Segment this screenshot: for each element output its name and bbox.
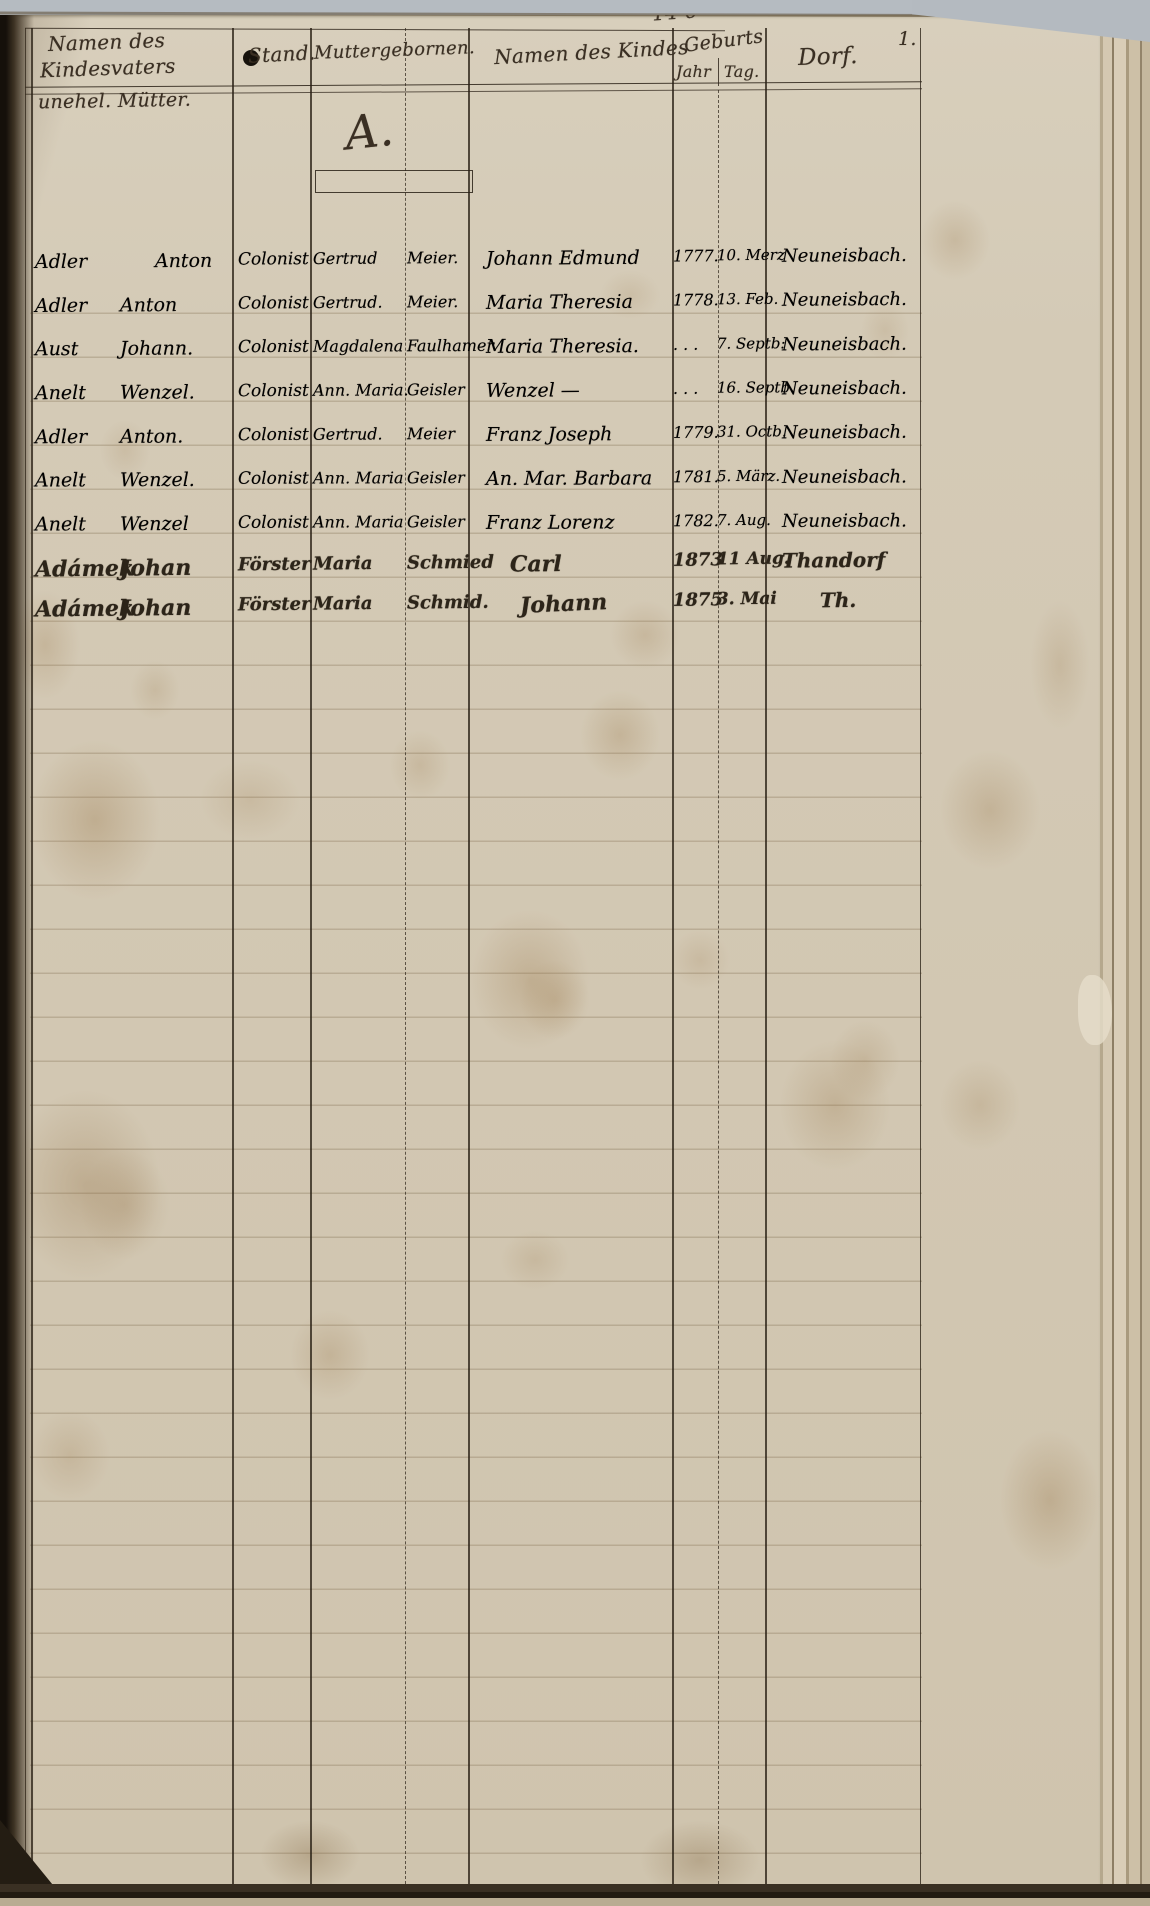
birth-year: . . . [673, 335, 699, 354]
birth-year: 1875 [673, 589, 723, 611]
birth-day: 3. Mai [717, 589, 777, 610]
mother-maiden-name: Geisler [407, 380, 465, 399]
mother-given-name: Magdalena [313, 336, 403, 355]
father-given-name: Anton. [120, 425, 183, 447]
father-surname: Anelt [35, 382, 86, 404]
village: Neuneisbach. [782, 378, 907, 400]
mother-given-name: Maria [313, 593, 373, 615]
mother-maiden-name: Geisler [407, 468, 465, 487]
child-name: Carl [510, 551, 562, 578]
birth-year: 1782. [673, 511, 719, 530]
child-name: Johann Edmund [486, 247, 640, 270]
status: Förster [238, 594, 311, 616]
subheader-unwed-mothers: unehel. Mütter. [38, 89, 191, 114]
column-header-father-line1: Namen des [48, 28, 166, 56]
mother-given-name: Gertrud. [313, 424, 383, 443]
page-number: 1. [898, 28, 917, 50]
birth-day: 31. Octb. [717, 422, 787, 440]
book-binding-shadow [0, 10, 34, 1906]
birth-day: 13. Feb. [717, 290, 779, 308]
father-surname: Anelt [35, 469, 86, 491]
paper-bottom-edge [0, 1884, 1150, 1906]
status: Colonist [238, 469, 309, 489]
birth-year: . . . [673, 379, 699, 398]
table-row: Adler Anton Colonist Gertrud. Meier. Mar… [0, 289, 930, 339]
village: Neuneisbach. [782, 245, 907, 267]
status: Colonist [238, 425, 309, 445]
village: Neuneisbach. [782, 289, 907, 311]
column-header-stand: Stand. [247, 40, 316, 68]
birth-year: 1873 [673, 549, 723, 571]
column-header-village: Dorf. [798, 43, 859, 71]
child-name: Franz Joseph [486, 423, 612, 446]
mother-given-name: Ann. Maria [313, 468, 404, 487]
birth-subcolumn-divider [718, 58, 719, 86]
father-surname: Adler [35, 426, 87, 448]
register-page-scan: Namen des Kindesvaters Stand. Muttergebo… [0, 0, 1150, 1906]
village: Neuneisbach. [782, 466, 907, 487]
father-surname: Adler [35, 251, 87, 273]
father-surname: Aust [35, 338, 78, 360]
child-name: Franz Lorenz [486, 511, 615, 533]
father-given-name: Anton [155, 250, 212, 272]
status: Colonist [238, 293, 309, 313]
page-edge-stack [1100, 20, 1150, 1906]
mother-given-name: Ann. Maria. [313, 380, 409, 400]
child-name: Maria Theresia. [486, 335, 639, 358]
mother-given-name: Gertrud [313, 249, 378, 268]
child-name: An. Mar. Barbara [486, 467, 652, 490]
father-given-name: Wenzel [120, 513, 189, 535]
mother-maiden-name: Schmid. [407, 592, 489, 614]
birth-year: 1777. [673, 246, 719, 265]
father-given-name: Johan [120, 555, 192, 582]
birth-day: 5. März. [717, 467, 780, 485]
table-row: Adler Anton Colonist Gertrud Meier. Joha… [0, 245, 930, 295]
birth-day: 7. Septb: [717, 334, 786, 352]
mother-given-name: Gertrud. [313, 293, 383, 312]
birth-day: 10. Merz [717, 246, 785, 264]
father-surname: Anelt [35, 513, 86, 535]
child-name: Wenzel — [486, 379, 580, 401]
mother-maiden-name: Meier. [407, 292, 459, 311]
table-row: Adler Anton. Colonist Gertrud. Meier Fra… [0, 422, 930, 471]
village: Thandorf [782, 548, 886, 573]
table-row: Anelt Wenzel. Colonist Ann. Maria. Geisl… [0, 378, 930, 427]
father-given-name: Wenzel. [120, 381, 195, 403]
birth-year: 1778. [673, 290, 719, 309]
father-surname: Adler [35, 295, 87, 317]
mother-maiden-name: Geisler [407, 512, 465, 531]
table-row: Anelt Wenzel. Colonist Ann. Maria Geisle… [0, 466, 930, 513]
father-given-name: Johann. [120, 337, 193, 359]
father-given-name: Wenzel. [120, 469, 195, 491]
birth-year: 1781. [673, 467, 719, 486]
column-header-birth-year: Jahr [676, 62, 711, 81]
status: Colonist [238, 249, 309, 269]
status: Förster [238, 554, 311, 576]
village: Neuneisbach. [782, 334, 907, 356]
village: Neuneisbach. [782, 422, 907, 444]
mother-maiden-name: Faulhamer. [407, 336, 498, 355]
section-letter-box [315, 170, 473, 193]
village: Neuneisbach. [782, 510, 907, 531]
mother-maiden-name: Meier [407, 424, 455, 443]
birth-day: 11 Aug. [717, 549, 790, 570]
father-given-name: Johan [120, 595, 192, 622]
father-given-name: Anton [120, 294, 177, 316]
column-header-father-line2: Kindesvaters [40, 54, 176, 83]
birth-day: 7. Aug. [717, 511, 771, 529]
status: Colonist [238, 381, 309, 401]
column-header-birth-day: Tag. [724, 62, 760, 81]
status: Colonist [238, 337, 309, 357]
table-row: Aust Johann. Colonist Magdalena Faulhame… [0, 334, 930, 383]
child-name: Johann [519, 589, 607, 619]
mother-given-name: Maria [313, 553, 373, 575]
village: Th. [820, 588, 857, 612]
status: Colonist [238, 513, 309, 533]
mother-given-name: Ann. Maria [313, 512, 404, 531]
birth-year: 1779. [673, 423, 719, 442]
mother-maiden-name: Schmied [407, 552, 494, 574]
child-name: Maria Theresia [486, 291, 633, 314]
mother-maiden-name: Meier. [407, 248, 459, 267]
section-letter: A. [342, 102, 396, 161]
